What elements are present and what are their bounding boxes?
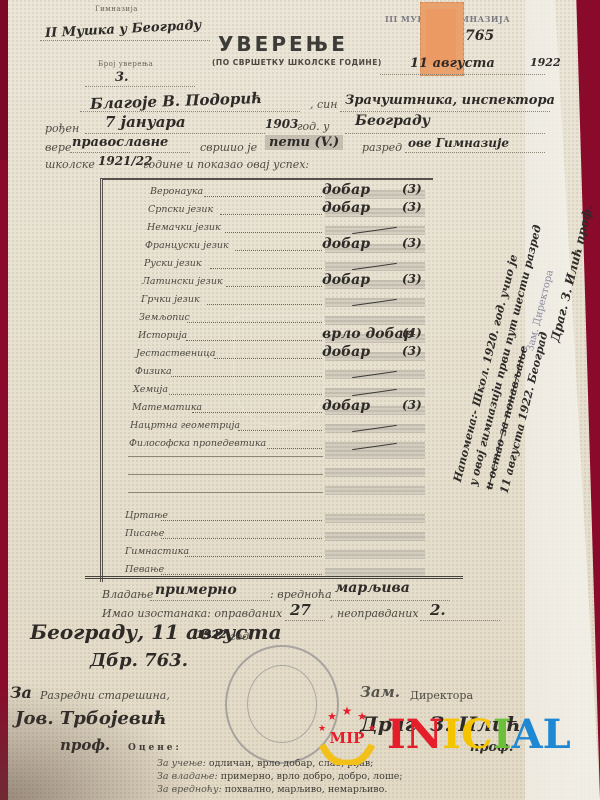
faith-value: православне (72, 135, 168, 150)
faith-line (70, 152, 190, 153)
reg-number: Дбр. 763. (90, 650, 188, 671)
leader-dots (161, 538, 322, 539)
inicial-text: INICIAL (387, 711, 571, 758)
grade-cell-shading (325, 514, 425, 523)
inicial-watermark-logo: ★ ★ ★ ★ ★ MIP INICIAL (312, 705, 572, 765)
absences-justified: 27 (290, 601, 311, 619)
svg-text:★: ★ (357, 710, 367, 723)
blank-subject-line (128, 456, 323, 457)
subject-name: Јестаственица (136, 348, 216, 359)
logo-letter: I (442, 711, 461, 758)
date-line (380, 74, 545, 75)
subject-mark: (3) (402, 344, 422, 358)
year-label: год. у (297, 120, 330, 133)
unjustified-label: , неоправданих (330, 607, 419, 620)
school-line (40, 40, 210, 41)
serial-line (85, 86, 195, 87)
subject-mark: (3) (402, 182, 422, 196)
table-bottom-rule (85, 576, 463, 579)
grade-cell-shading (325, 468, 425, 477)
leader-dots (161, 574, 322, 575)
son-of-value: Зрачуштника, инспектора (345, 93, 555, 108)
svg-text:★: ★ (368, 724, 376, 734)
subject-name: Физика (135, 366, 172, 377)
subject-mark: (4) (402, 326, 422, 340)
subject-grade: добар (322, 236, 370, 252)
result-label: године и показао овај успех: (143, 158, 309, 171)
leader-dots (238, 430, 322, 431)
grade-value: пети (V.) (265, 135, 343, 150)
leader-dots (204, 196, 322, 197)
diligence-label: : вредноћа (270, 588, 332, 601)
subject-name: Земљопис (139, 312, 190, 323)
son-of-line (340, 111, 550, 112)
subject-name: Српски језик (148, 204, 213, 215)
subject-name: Француски језик (145, 240, 229, 251)
right-sign-label: Директора (410, 689, 473, 702)
grade-cell-shading (325, 532, 425, 541)
issue-date: 11 августа (410, 56, 495, 71)
subject-name: Гимнастика (125, 546, 189, 557)
finished-label: свршио је (200, 141, 257, 154)
logo-letter: I (387, 711, 406, 758)
seal-inner-ring (247, 665, 317, 743)
logo-letter: L (543, 711, 571, 758)
leader-dots (161, 520, 322, 521)
subject-name: Писање (125, 528, 164, 539)
subject-grade: добар (322, 200, 370, 216)
photo-shadow (0, 680, 200, 800)
legend-values: примерно, врло добро, добро, лоше; (221, 771, 403, 782)
mip-badge-icon: ★ ★ ★ ★ ★ MIP (312, 705, 382, 765)
logo-letter: A (512, 711, 543, 758)
subject-grade: врло добар (322, 326, 414, 342)
subject-name: Хемија (133, 384, 168, 395)
place-date-year: 1922 (196, 628, 227, 641)
leader-dots (235, 250, 322, 251)
blank-subject-line (128, 492, 323, 493)
svg-text:MIP: MIP (330, 729, 365, 747)
subject-grade: добар (322, 398, 370, 414)
conduct-line (150, 600, 270, 601)
legend-values: похвално, марљиво, немарљиво. (225, 784, 388, 795)
grade-cell-shading (325, 550, 425, 559)
absences-label: Имао изостанака: оправданих (102, 607, 282, 620)
leader-dots (214, 358, 322, 359)
serial-label: Број уверења (98, 60, 153, 68)
svg-text:★: ★ (342, 705, 353, 718)
leader-dots (171, 376, 322, 377)
subject-name: Немачки језик (147, 222, 221, 233)
school-type: ове Гимназије (408, 136, 509, 150)
leader-dots (192, 412, 322, 413)
logo-letter: C (461, 711, 493, 758)
subject-name: Нацртна геометрија (130, 420, 240, 431)
logo-letter: N (406, 711, 443, 758)
issue-number: 765 (465, 28, 494, 44)
born-place: Београду (355, 113, 430, 129)
grade-cell-shading (325, 316, 425, 325)
subject-grade: добар (322, 344, 370, 360)
page-title: УВЕРЕЊЕ (218, 32, 348, 56)
subject-mark: (3) (402, 200, 422, 214)
name-line (80, 111, 300, 112)
born-date: 7 јануара (105, 113, 186, 131)
subject-mark: (3) (402, 398, 422, 412)
leader-dots (185, 556, 322, 557)
grade-cell-shading (325, 450, 425, 459)
subject-grade: добар (322, 272, 370, 288)
subject-name: Историја (138, 330, 187, 341)
paper-edge (525, 0, 600, 800)
leader-dots (267, 448, 322, 449)
grade-cell-shading (325, 486, 425, 495)
unjustified-line (420, 620, 500, 621)
leader-dots (225, 232, 322, 233)
conduct-label: Владање (102, 588, 153, 601)
school-year-label: школске (45, 158, 95, 171)
diligence-value: марљива (335, 580, 410, 596)
subject-name: Веронаука (150, 186, 203, 197)
leader-dots (169, 394, 322, 395)
subject-mark: (3) (402, 272, 422, 286)
subject-mark: (3) (402, 236, 422, 250)
school-label: Гимназија (95, 5, 138, 13)
subject-name: Руски језик (144, 258, 202, 269)
leader-dots (226, 286, 322, 287)
year-suffix: год. (230, 630, 253, 643)
school-type-line (405, 152, 545, 153)
subject-name: Певање (125, 564, 164, 575)
son-of-label: , син (310, 98, 337, 111)
leader-dots (186, 340, 322, 341)
leader-dots (207, 304, 322, 305)
right-sign-prefix: Зам. (360, 683, 400, 701)
coat-of-arms-watermark (233, 315, 325, 427)
subject-name: Философска пропедевтика (129, 438, 266, 449)
born-label: рођен (45, 122, 79, 135)
serial-value: 3. (115, 70, 129, 85)
faith-label: вере (45, 141, 71, 154)
class-label: разред (362, 141, 402, 154)
justified-line (285, 620, 325, 621)
svg-text:★: ★ (327, 710, 337, 723)
leader-dots (220, 214, 322, 215)
svg-text:★: ★ (318, 724, 326, 734)
born-line (85, 133, 265, 134)
subject-name: Грчки језик (141, 294, 200, 305)
place-line (345, 133, 545, 134)
page-subtitle: (ПО СВРШЕТКУ ШКОЛСКЕ ГОДИНЕ) (212, 58, 382, 67)
leader-dots (187, 322, 322, 323)
born-year: 1903 (265, 117, 298, 131)
logo-letter: I (493, 711, 512, 758)
leader-dots (210, 268, 322, 269)
subject-grade: добар (322, 182, 370, 198)
absences-unjustified: 2. (430, 601, 446, 619)
conduct-value: примерно (155, 582, 237, 598)
subject-name: Латински језик (142, 276, 223, 287)
issue-year: 1922 (530, 56, 561, 69)
blank-subject-line (128, 474, 323, 475)
